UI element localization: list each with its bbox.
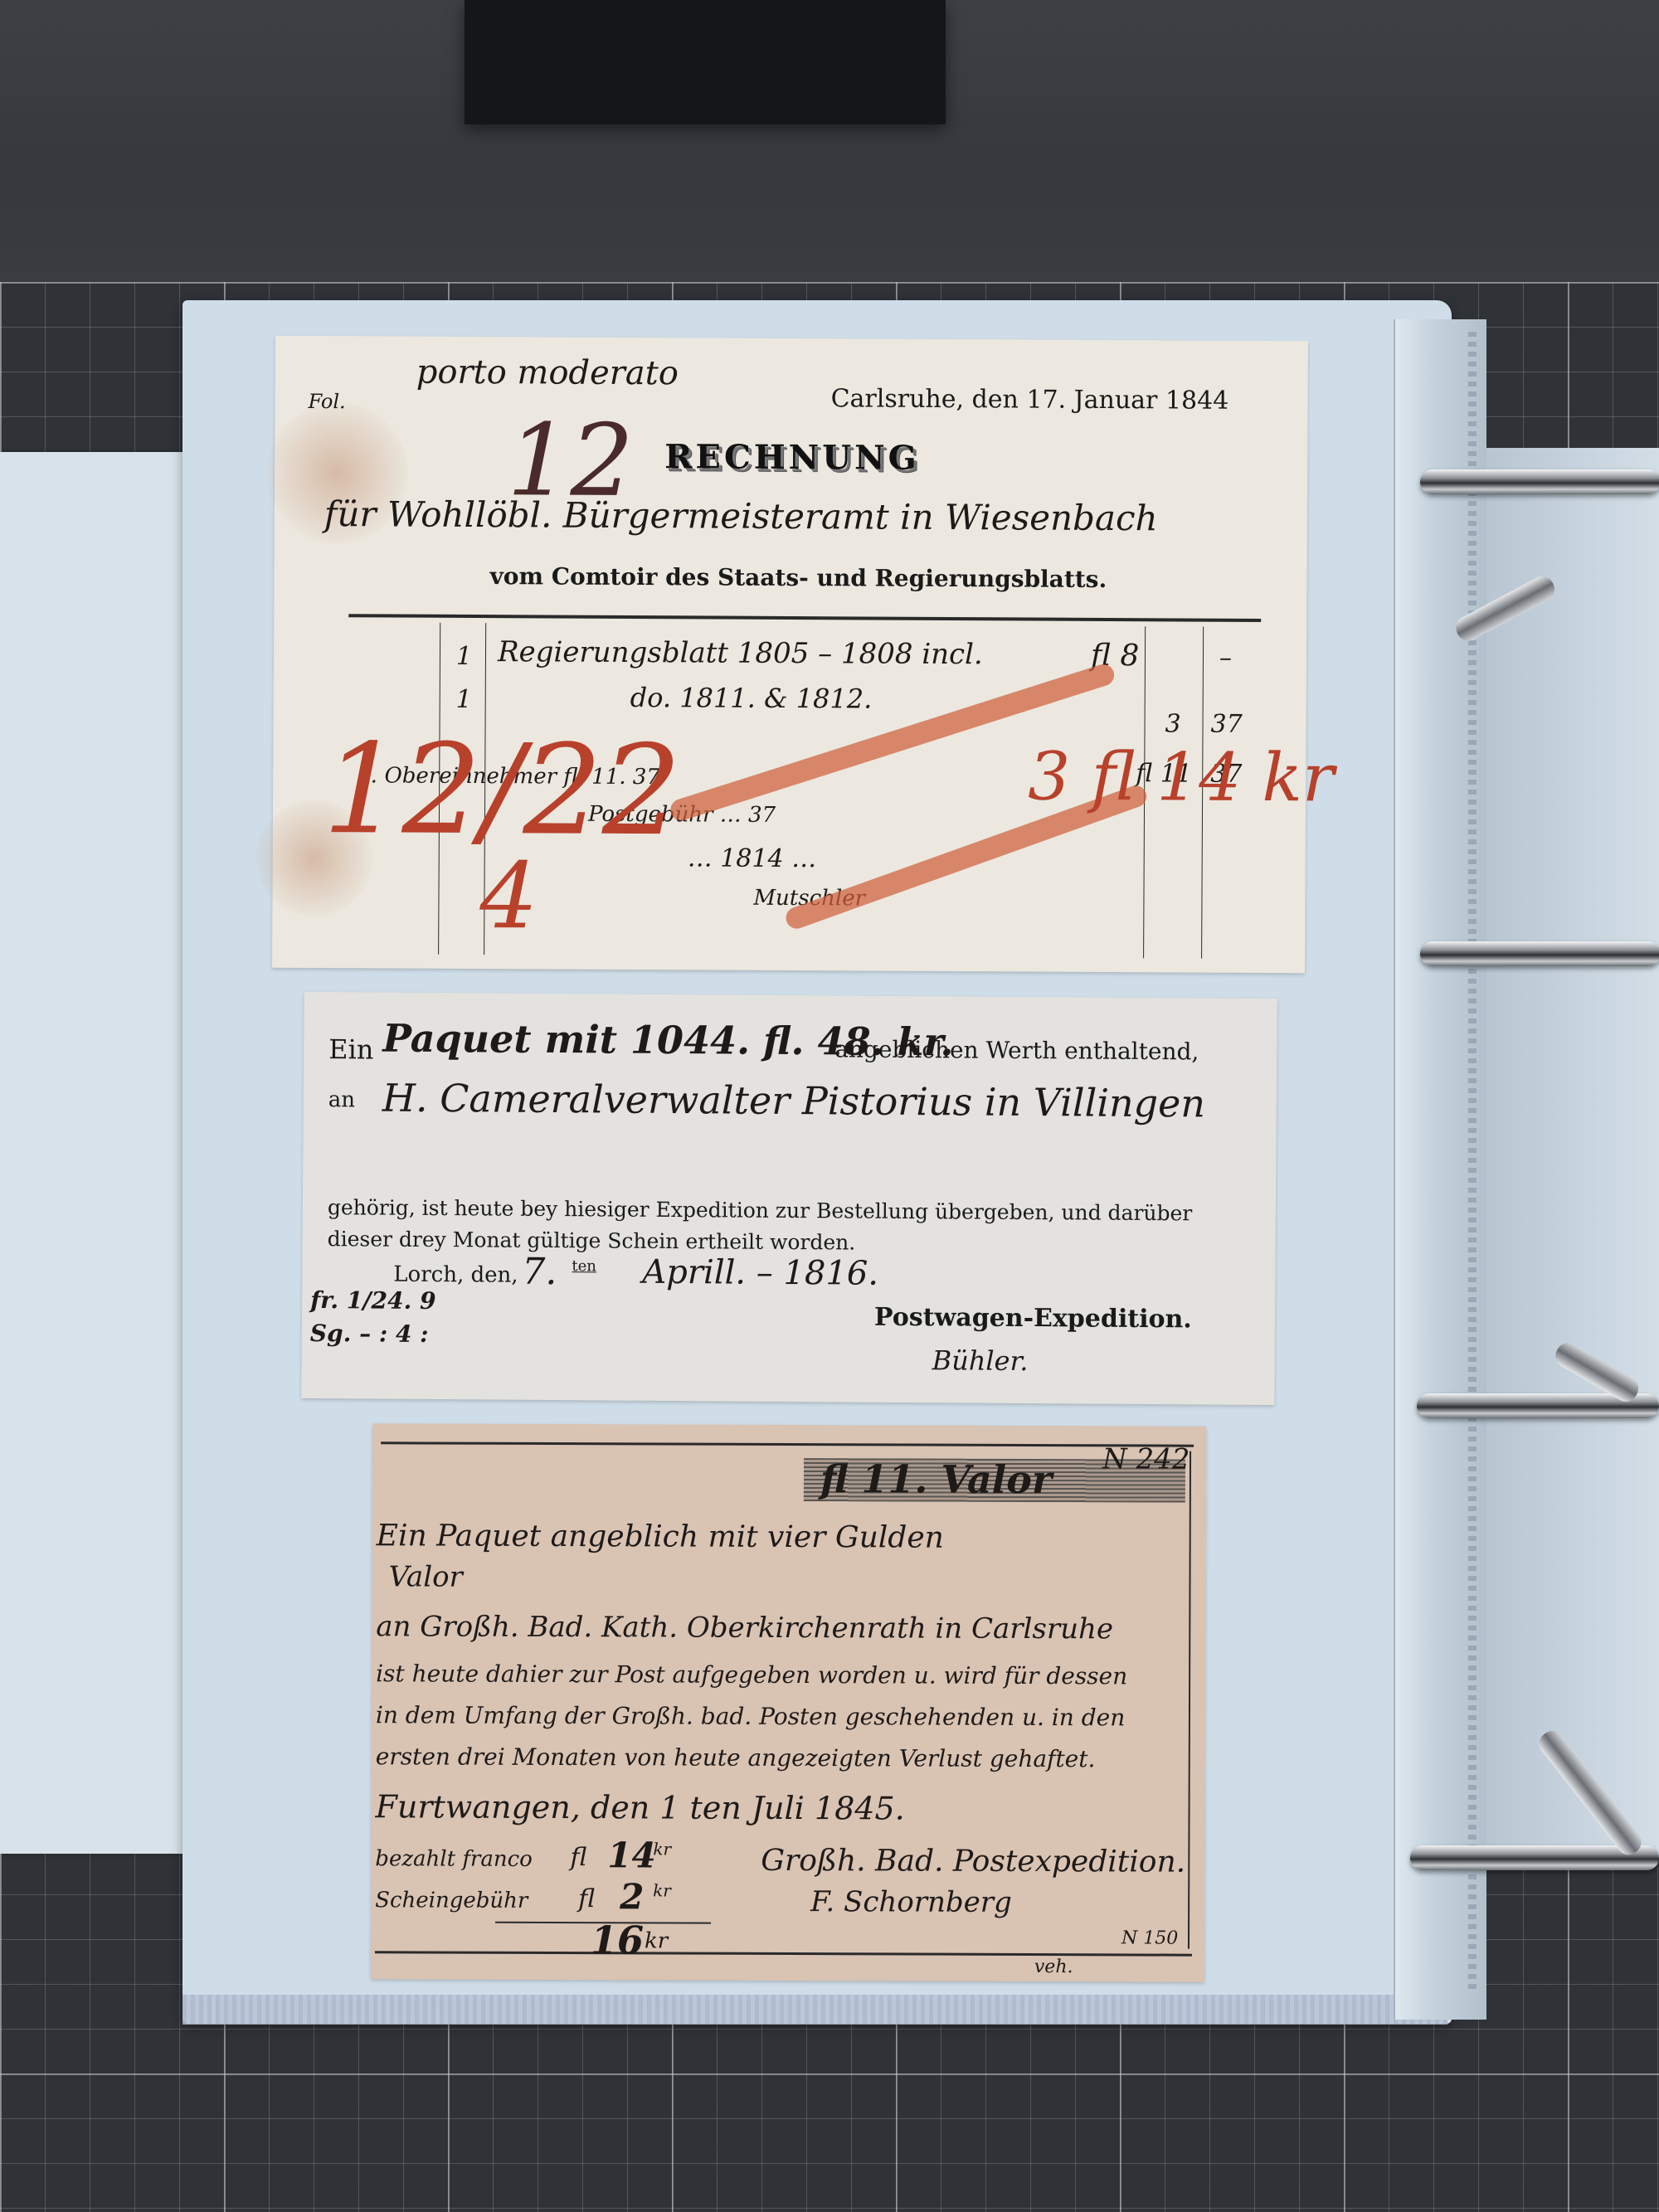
day: 7. — [522, 1251, 557, 1293]
place-label: Lorch, den, — [393, 1262, 518, 1288]
line-desc: Regierungsblatt 1805 – 1808 incl. — [498, 635, 983, 671]
note-line: … 1814 … — [688, 843, 817, 873]
office-label: Postwagen-Expedition. — [874, 1303, 1192, 1334]
line1-prefix: Ein — [328, 1033, 373, 1065]
text-line: an Großh. Bad. Kath. Oberkirchenrath in … — [376, 1610, 1113, 1646]
bottom-rule — [375, 1951, 1192, 1956]
line-kr: – — [1219, 644, 1232, 673]
rechnung-title: RECHNUNG — [664, 437, 920, 478]
body-line: gehörig, ist heute bey hiesiger Expediti… — [328, 1195, 1193, 1225]
fee-unit: fl — [570, 1843, 586, 1872]
line1-print: angeblichen Werth enthaltend, — [834, 1035, 1199, 1065]
header-value: fl 11. Valor — [820, 1456, 1052, 1502]
document-postwagen-receipt: Ein Paquet mit 1044. fl. 48. kr. angebli… — [301, 992, 1277, 1405]
red-right-note: 3 fl 14 kr — [1028, 738, 1335, 817]
place-date: Carlsruhe, den 17. Januar 1844 — [831, 384, 1229, 416]
line-qty: 1 — [456, 642, 472, 671]
office-label: Großh. Bad. Postexpedition. — [761, 1844, 1185, 1879]
number-top: N 242 — [1102, 1442, 1190, 1475]
text-line: in dem Umfang der Großh. bad. Posten ges… — [376, 1701, 1125, 1731]
porto-note: porto moderato — [416, 353, 679, 393]
fee-unit: fl — [578, 1884, 595, 1913]
line2-prefix: an — [328, 1087, 355, 1112]
right-rule — [1188, 1451, 1191, 1949]
text-line: ersten drei Monaten von heute angezeigte… — [376, 1743, 1096, 1772]
fee-line: Sg. – : 4 : — [310, 1320, 429, 1348]
line-kr: 37 — [1210, 710, 1242, 739]
recipient-line: für Wohllöbl. Bürgermeisteramt in Wiesen… — [324, 493, 1158, 538]
line-desc: do. 1811. & 1812. — [630, 682, 873, 715]
signature: Bühler. — [932, 1344, 1029, 1377]
fee-line: fr. 1/24. 9 — [310, 1286, 436, 1315]
sleeve-perforation — [1468, 332, 1477, 1991]
binder-ring-2 — [1420, 941, 1659, 966]
fee-total: 16 — [591, 1918, 644, 1962]
fee-suffix: kr — [653, 1880, 671, 1900]
fee-label: bezahlt franco — [375, 1846, 533, 1872]
fee-label: Scheingebühr — [375, 1888, 528, 1913]
body-line: dieser drey Monat gültige Schein ertheil… — [328, 1227, 856, 1254]
fee-value: 2 — [620, 1876, 644, 1917]
month-year: Aprill. – 1816. — [642, 1253, 878, 1293]
fol-label: Fol. — [309, 390, 346, 413]
red-lower-mark: 4 — [479, 843, 538, 949]
album-left-cover — [0, 452, 187, 1854]
sleeve-bottom-edge — [182, 1995, 1447, 2025]
day-suffix: ten — [572, 1257, 596, 1275]
footer-number: N 150 — [1121, 1928, 1178, 1948]
dark-weight-block — [465, 0, 946, 124]
text-line: ist heute dahier zur Post aufgegeben wor… — [376, 1660, 1127, 1689]
document-rechnung: porto moderato Fol. Carlsruhe, den 17. J… — [272, 336, 1308, 974]
text-line: Valor — [388, 1560, 462, 1593]
line-fl: 3 — [1165, 709, 1180, 738]
table-top-rule — [348, 614, 1261, 622]
place-date: Furtwangen, den 1 ten Juli 1845. — [375, 1788, 904, 1826]
line-qty: 1 — [456, 685, 472, 714]
issuer-line: vom Comtoir des Staats- und Regierungsbl… — [489, 562, 1107, 593]
red-rate-mark: 12/22 — [323, 717, 682, 863]
next-album-page — [1485, 448, 1659, 1858]
footer-note: veh. — [1034, 1957, 1073, 1977]
fee-value: 14 — [607, 1835, 656, 1875]
line2-handwritten: H. Cameralverwalter Pistorius in Villing… — [382, 1076, 1205, 1126]
fee-total-suffix: kr — [645, 1928, 668, 1953]
fee-suffix: kr — [653, 1839, 671, 1859]
text-line: Ein Paquet angeblich mit vier Gulden — [377, 1519, 944, 1554]
top-rule — [381, 1441, 1194, 1446]
signature: F. Schornberg — [810, 1885, 1012, 1919]
binder-ring-1 — [1420, 469, 1659, 494]
document-post-receipt: fl 11. Valor N 242 Ein Paquet angeblich … — [371, 1423, 1206, 1982]
